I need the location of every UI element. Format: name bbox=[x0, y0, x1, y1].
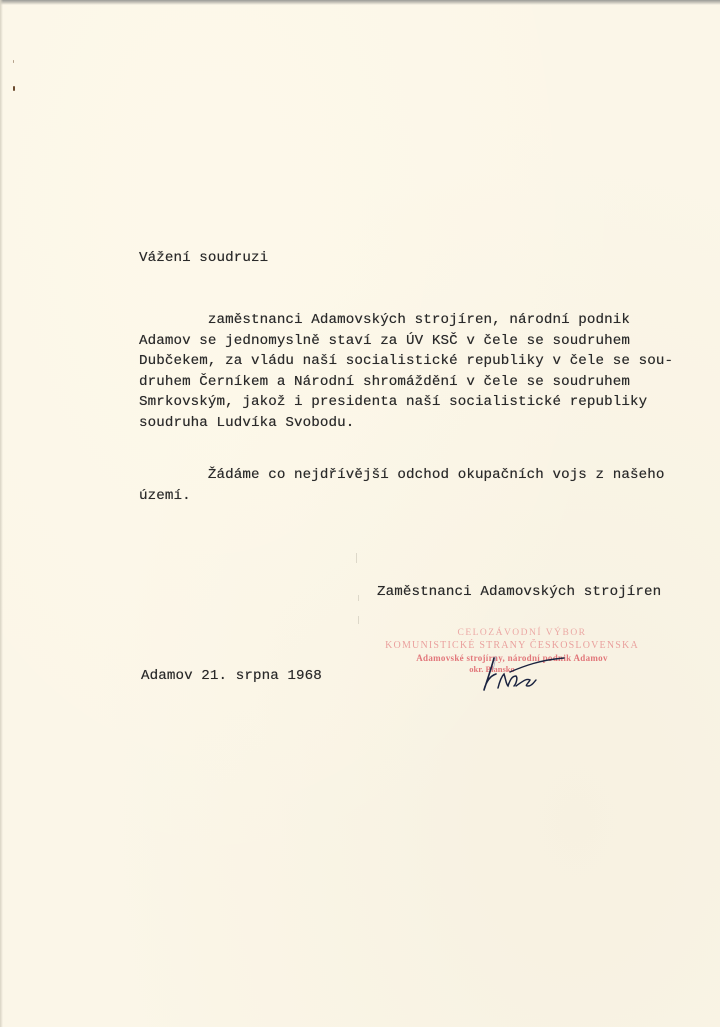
paragraph-line: Adamov se jednomyslně staví za ÚV KSČ v … bbox=[139, 331, 673, 352]
paragraph-line: Žádáme co nejdřívější odchod okupačních … bbox=[139, 465, 664, 486]
paragraph-line: soudruha Ludvíka Svobodu. bbox=[139, 413, 673, 434]
paragraph-line: druhem Černíkem a Národní shromáždění v … bbox=[139, 372, 673, 393]
paragraph-line: území. bbox=[139, 486, 664, 507]
scan-top-edge-shadow bbox=[0, 0, 720, 5]
faint-mark bbox=[358, 616, 359, 624]
date-line: Adamov 21. srpna 1968 bbox=[141, 666, 322, 687]
faint-mark bbox=[356, 553, 357, 563]
stamp-line-2: Komunistické strany Československa bbox=[372, 640, 652, 651]
signature-block: Zaměstnanci Adamovských strojíren bbox=[377, 582, 661, 603]
letter-paragraph-1: zaměstnanci Adamovských strojíren, národ… bbox=[139, 310, 673, 433]
letter-paragraph-2: Žádáme co nejdřívější odchod okupačních … bbox=[139, 465, 664, 506]
scanned-letter-page: Vážení soudruzi zaměstnanci Adamovských … bbox=[0, 0, 720, 1027]
letter-greeting: Vážení soudruzi bbox=[139, 248, 268, 269]
paragraph-line: zaměstnanci Adamovských strojíren, národ… bbox=[139, 310, 673, 331]
paragraph-line: Dubčekem, za vládu naší socialistické re… bbox=[139, 351, 673, 372]
paper-speck bbox=[13, 86, 15, 91]
paragraph-line: Smrkovským, jakož i presidenta naší soci… bbox=[139, 392, 673, 413]
paper-speck bbox=[13, 60, 14, 63]
scan-left-edge bbox=[0, 0, 3, 1027]
faint-mark bbox=[358, 595, 359, 601]
handwritten-signature-icon bbox=[476, 652, 566, 696]
stamp-line-1: Celozávodní výbor bbox=[392, 628, 652, 638]
